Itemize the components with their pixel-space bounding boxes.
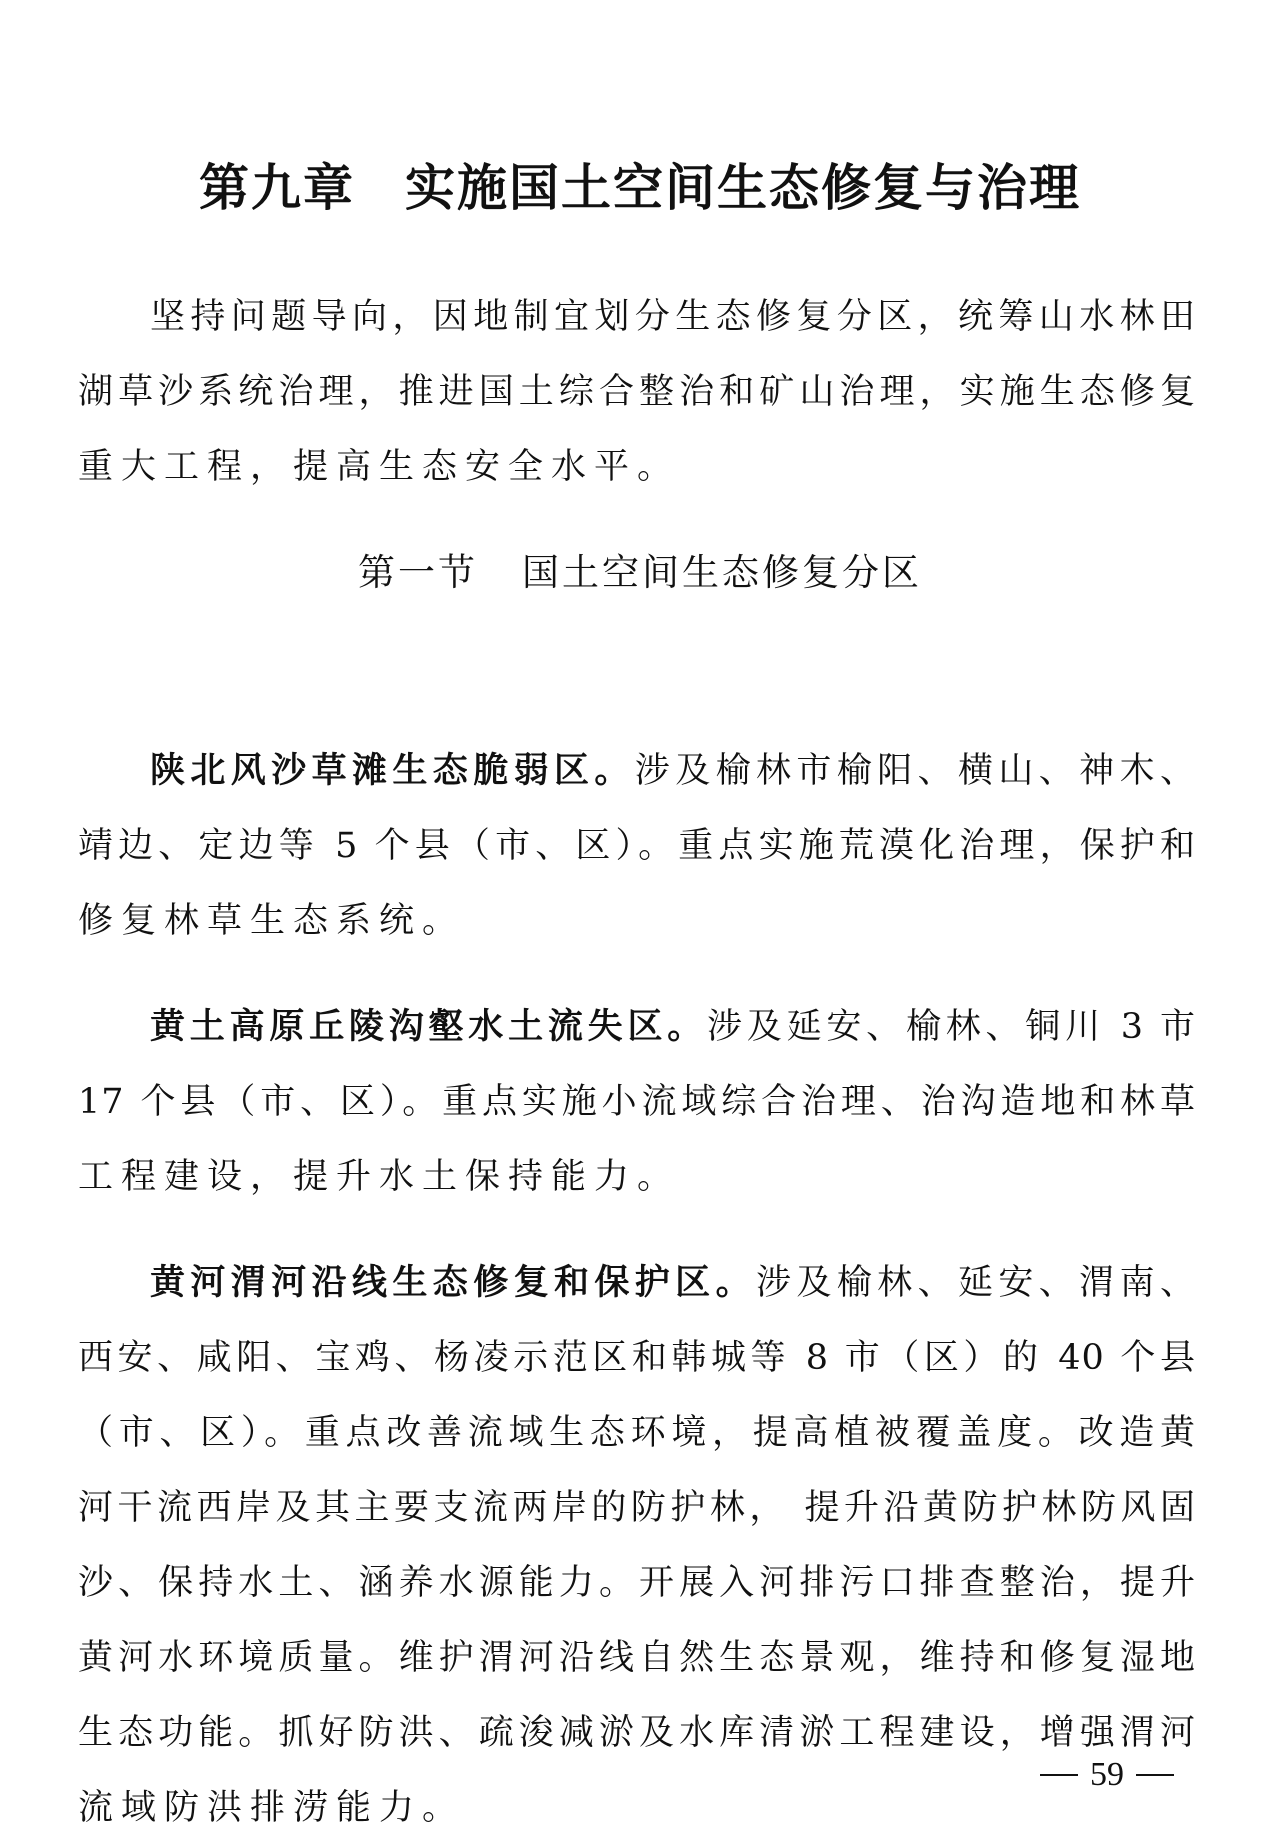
zone-1-text: 涉及榆林市榆阳、横山、神木、 [635, 751, 1196, 791]
zone-1-name: 陕北风沙草滩生态脆弱区。 [150, 750, 635, 791]
zone-3-line-2: 西安、咸阳、宝鸡、杨凌示范区和韩城等 8 市（区）的 40 个县 [78, 1333, 1196, 1383]
zone-2-line-2: 17 个县（市、区）。重点实施小流域综合治理、治沟造地和林草 [78, 1077, 1196, 1127]
chapter-title-text: 实施国土空间生态修复与治理 [405, 158, 1081, 217]
dash-left [1040, 1774, 1078, 1776]
zone-2-text: 涉及延安、榆林、铜川 3 市 [707, 1007, 1196, 1047]
zone-3-text: 涉及榆林、延安、渭南、 [756, 1263, 1196, 1303]
intro-line-1: 坚持问题导向，因地制宜划分生态修复分区，统筹山水林田 [150, 292, 1196, 342]
zone-3-name: 黄河渭河沿线生态修复和保护区。 [150, 1262, 756, 1303]
intro-line-2: 湖草沙系统治理，推进国土综合整治和矿山治理，实施生态修复 [78, 367, 1196, 417]
zone-3-line-3: （市、区）。重点改善流域生态环境，提高植被覆盖度。改造黄 [78, 1408, 1196, 1458]
zone-3-line-1: 黄河渭河沿线生态修复和保护区。涉及榆林、延安、渭南、 [150, 1258, 1196, 1308]
document-page: 第九章实施国土空间生态修复与治理 坚持问题导向，因地制宜划分生态修复分区，统筹山… [0, 0, 1280, 1846]
chapter-title: 第九章实施国土空间生态修复与治理 [0, 158, 1280, 218]
chapter-number: 第九章 [199, 158, 355, 217]
zone-2-line-1: 黄土高原丘陵沟壑水土流失区。涉及延安、榆林、铜川 3 市 [150, 1002, 1196, 1052]
zone-3-line-6: 黄河水环境质量。维护渭河沿线自然生态景观，维持和修复湿地 [78, 1633, 1196, 1683]
zone-3-line-7: 生态功能。抓好防洪、疏浚减淤及水库清淤工程建设，增强渭河 [78, 1708, 1196, 1758]
zone-3-line-8: 流域防洪排涝能力。 [78, 1783, 1196, 1833]
zone-1-line-1: 陕北风沙草滩生态脆弱区。涉及榆林市榆阳、横山、神木、 [150, 746, 1196, 796]
intro-line-3: 重大工程，提高生态安全水平。 [78, 442, 1196, 492]
section-heading: 第一节国土空间生态修复分区 [0, 548, 1280, 598]
section-number: 第一节 [358, 551, 478, 594]
zone-2-name: 黄土高原丘陵沟壑水土流失区。 [150, 1006, 707, 1047]
page-number: 59 [1040, 1753, 1240, 1797]
section-title: 国土空间生态修复分区 [522, 551, 922, 594]
dash-right [1136, 1774, 1174, 1776]
zone-3-line-4: 河干流西岸及其主要支流两岸的防护林， 提升沿黄防护林防风固 [78, 1483, 1196, 1533]
zone-2-line-3: 工程建设，提升水土保持能力。 [78, 1152, 1196, 1202]
page-number-text: 59 [1090, 1753, 1124, 1797]
zone-1-line-3: 修复林草生态系统。 [78, 896, 1196, 946]
zone-1-line-2: 靖边、定边等 5 个县（市、区）。重点实施荒漠化治理，保护和 [78, 821, 1196, 871]
zone-3-line-5: 沙、保持水土、涵养水源能力。开展入河排污口排查整治，提升 [78, 1558, 1196, 1608]
